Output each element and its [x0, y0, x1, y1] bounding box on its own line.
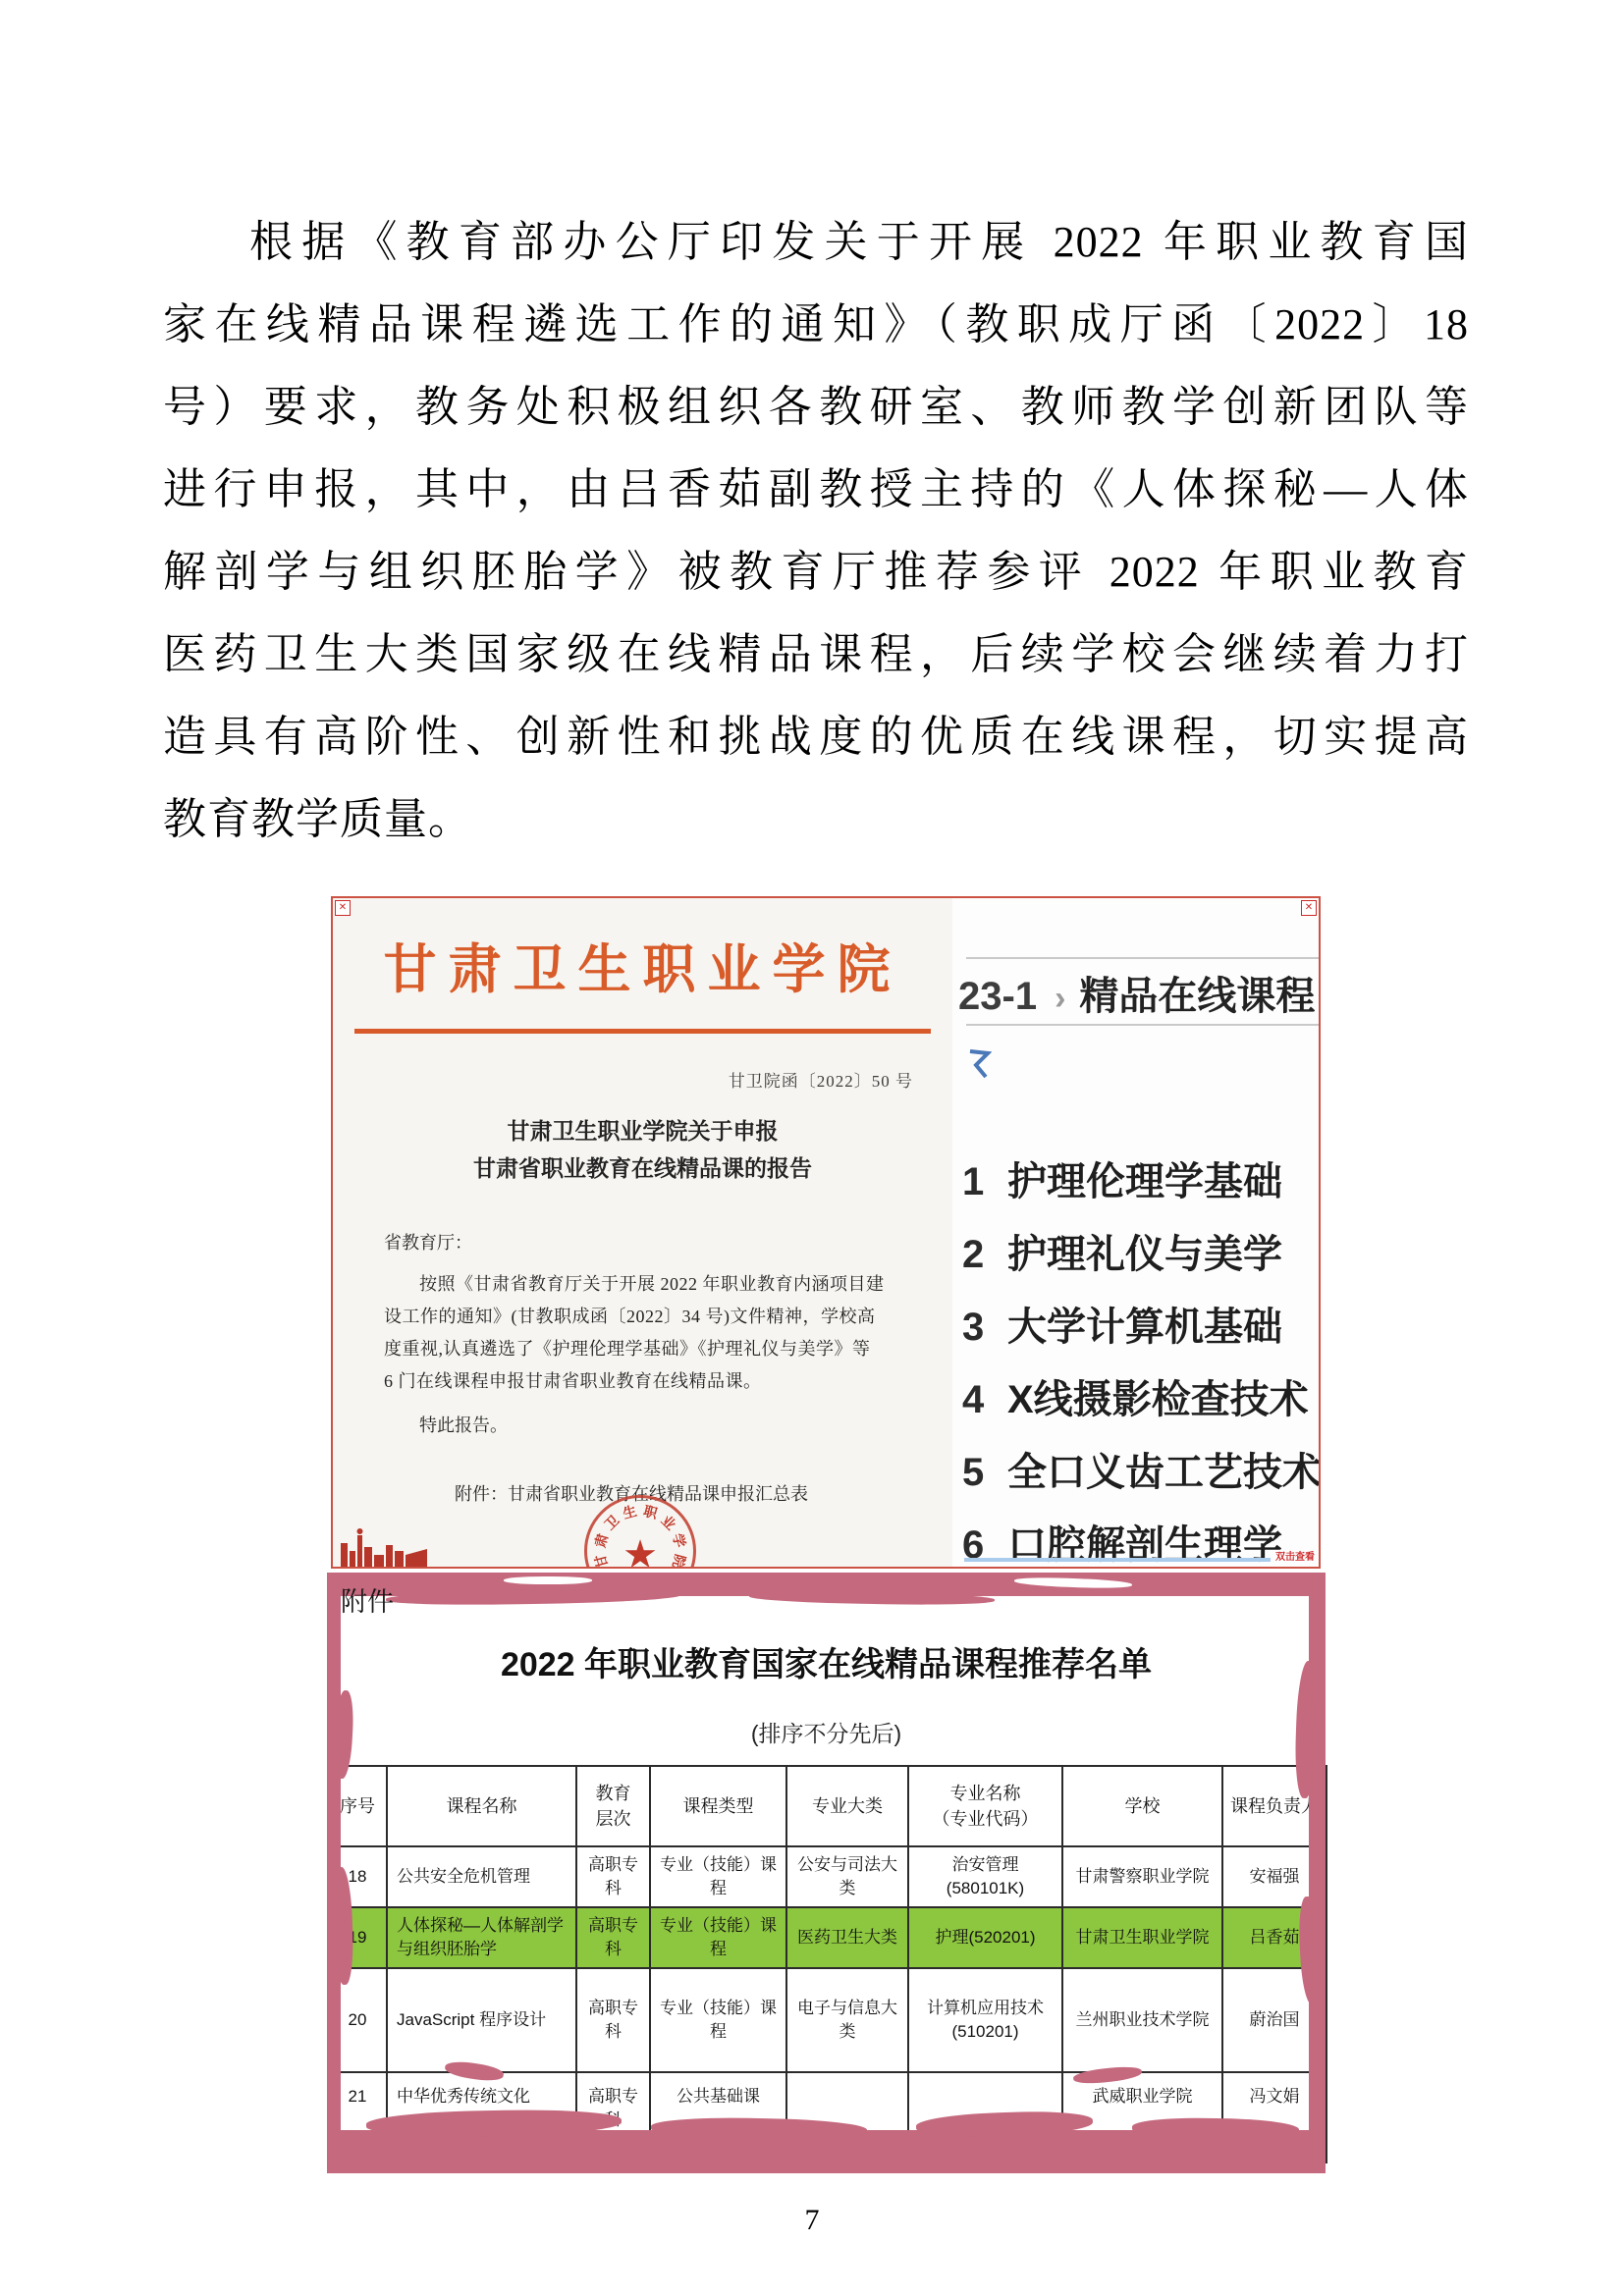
seal-char: 职	[641, 1501, 660, 1523]
breadcrumb-title: 精品在线课程	[1079, 975, 1315, 1018]
seal-char: 甘	[590, 1552, 613, 1567]
paragraph-line: 医药卫生大类国家级在线精品课程，后续学校会继续着力打	[163, 614, 1469, 696]
cell-major: 护理(520201)	[908, 1907, 1062, 1968]
paragraph-line: 造具有高阶性、创新性和挑战度的优质在线课程，切实提高	[163, 696, 1469, 778]
divider-line	[966, 1024, 1319, 1026]
course-name: 护理礼仪与美学	[1007, 1233, 1282, 1276]
course-number: 1	[962, 1146, 1007, 1218]
letter-body-line: 6 门在线课程申报甘肃省职业教育在线精品课。	[384, 1365, 939, 1398]
table-row: 18公共安全危机管理高职专科专业（技能）课程公安与司法大类治安管理(580101…	[328, 1846, 1326, 1907]
divider-line	[966, 957, 1319, 959]
watermark-text: 双击查看	[1275, 1548, 1315, 1563]
chevron-right-icon: ›	[1055, 980, 1065, 1017]
paragraph-line: 家在线精品课程遴选工作的通知》（教职成厅函〔2022〕18	[163, 284, 1469, 366]
cell-course: 公共安全危机管理	[387, 1846, 576, 1907]
cell-category: 公安与司法大类	[786, 1846, 908, 1907]
cell-school: 甘肃警察职业学院	[1062, 1846, 1222, 1907]
cell-category: 医药卫生大类	[786, 1907, 908, 1968]
cell-level: 高职专科	[576, 1907, 650, 1968]
closing-phrase: 特此报告。	[384, 1412, 952, 1437]
breadcrumb: 23-1›精品在线课程	[958, 965, 1319, 1021]
seal-star-icon: ★	[623, 1532, 658, 1567]
cell-level: 高职专科	[576, 1846, 650, 1907]
attachment-label: 附件	[341, 1580, 394, 1619]
seal-char: 学	[668, 1531, 690, 1550]
course-name: 护理伦理学基础	[1007, 1160, 1282, 1203]
header-level: 教育 层次	[576, 1766, 650, 1846]
course-list-item: 2护理礼仪与美学	[962, 1218, 1319, 1291]
course-platform-screenshot: 23-1›精品在线课程 1护理伦理学基础2护理礼仪与美学3大学计算机基础4X线摄…	[952, 898, 1319, 1567]
header-category: 专业大类	[786, 1766, 908, 1846]
table-row: 19人体探秘—人体解剖学与组织胚胎学高职专科专业（技能）课程医药卫生大类护理(5…	[328, 1907, 1326, 1968]
page-number: 7	[0, 2204, 1624, 2237]
city-skyline-graphic	[341, 1522, 435, 1567]
table-row: 20JavaScript 程序设计高职专科专业（技能）课程电子与信息大类计算机应…	[328, 1968, 1326, 2072]
main-paragraph: 根据《教育部办公厅印发关于开展 2022 年职业教育国 家在线精品课程遴选工作的…	[163, 201, 1469, 861]
paragraph-line: 号）要求，教务处积极组织各教研室、教师教学创新团队等	[163, 366, 1469, 449]
letter-body-line: 度重视,认真遴选了《护理伦理学基础》《护理礼仪与美学》等	[384, 1333, 939, 1365]
partial-blue-glyph	[966, 1047, 992, 1081]
course-number: 4	[962, 1363, 1007, 1436]
cell-type: 专业（技能）课程	[650, 1968, 786, 2072]
course-list-item: 5全口义齿工艺技术	[962, 1436, 1319, 1509]
embedded-document-image: 甘肃卫生职业学院 甘卫院函〔2022〕50 号 甘肃卫生职业学院关于申报 甘肃省…	[331, 896, 1321, 1569]
cell-level: 高职专科	[576, 1968, 650, 2072]
course-number: 5	[962, 1436, 1007, 1509]
course-list-item: 4X线摄影检查技术	[962, 1363, 1319, 1436]
recommendation-table: 序号 课程名称 教育 层次 课程类型 专业大类 专业名称 （专业代码） 学校 课…	[327, 1765, 1327, 2163]
cell-school: 甘肃卫生职业学院	[1062, 1907, 1222, 1968]
course-number: 3	[962, 1291, 1007, 1363]
paragraph-line: 教育教学质量。	[163, 778, 1469, 861]
course-list-item: 3大学计算机基础	[962, 1291, 1319, 1363]
breadcrumb-prefix: 23-1	[958, 975, 1037, 1018]
report-title: 甘肃卫生职业学院关于申报 甘肃省职业教育在线精品课的报告	[333, 1113, 952, 1188]
cell-category: 电子与信息大类	[786, 1968, 908, 2072]
seal-char: 业	[657, 1511, 680, 1534]
header-type: 课程类型	[650, 1766, 786, 1846]
letter-body: 按照《甘肃省教育厅关于开展 2022 年职业教育内涵项目建 设工作的通知》(甘教…	[384, 1268, 939, 1398]
course-name: 全口义齿工艺技术	[1007, 1451, 1319, 1494]
cell-school: 兰州职业技术学院	[1062, 1968, 1222, 2072]
paragraph-line: 解剖学与组织胚胎学》被教育厅推荐参评 2022 年职业教育	[163, 531, 1469, 614]
course-name: X线摄影检查技术	[1007, 1378, 1309, 1421]
header-school: 学校	[1062, 1766, 1222, 1846]
broken-image-icon	[1301, 900, 1317, 916]
seal-char: 卫	[600, 1511, 623, 1534]
table-header-row: 序号 课程名称 教育 层次 课程类型 专业大类 专业名称 （专业代码） 学校 课…	[328, 1766, 1326, 1846]
course-list: 1护理伦理学基础2护理礼仪与美学3大学计算机基础4X线摄影检查技术5全口义齿工艺…	[962, 1146, 1319, 1567]
report-title-line1: 甘肃卫生职业学院关于申报	[333, 1113, 952, 1150]
college-name-heading: 甘肃卫生职业学院	[333, 928, 952, 1003]
paragraph-line: 进行申报，其中，由吕香茹副教授主持的《人体探秘—人体	[163, 449, 1469, 531]
broken-image-icon	[335, 900, 351, 916]
official-letter: 甘肃卫生职业学院 甘卫院函〔2022〕50 号 甘肃卫生职业学院关于申报 甘肃省…	[333, 898, 952, 1567]
cell-course: JavaScript 程序设计	[387, 1968, 576, 2072]
report-title-line2: 甘肃省职业教育在线精品课的报告	[333, 1150, 952, 1188]
salutation: 省教育厅：	[384, 1229, 952, 1255]
attachment-title: 2022 年职业教育国家在线精品课程推荐名单	[327, 1637, 1326, 1685]
cell-type: 专业（技能）课程	[650, 1907, 786, 1968]
cell-major: 治安管理(580101K)	[908, 1846, 1062, 1907]
document-number: 甘卫院函〔2022〕50 号	[333, 1067, 913, 1092]
seal-char: 院	[668, 1552, 690, 1567]
cell-type: 专业（技能）课程	[650, 1846, 786, 1907]
cell-course: 人体探秘—人体解剖学与组织胚胎学	[387, 1907, 576, 1968]
letter-body-line: 按照《甘肃省教育厅关于开展 2022 年职业教育内涵项目建	[384, 1268, 939, 1301]
attachment-block: 附件 2022 年职业教育国家在线精品课程推荐名单 (排序不分先后) 序号 课程…	[327, 1573, 1326, 2173]
course-number: 2	[962, 1218, 1007, 1291]
course-list-item: 1护理伦理学基础	[962, 1146, 1319, 1218]
letterhead-rule	[354, 1029, 931, 1034]
seal-char: 肃	[590, 1531, 613, 1550]
course-name: 大学计算机基础	[1007, 1306, 1282, 1349]
blue-underline	[964, 1558, 1271, 1562]
letter-body-line: 设工作的通知》(甘教职成函〔2022〕34 号)文件精神，学校高	[384, 1301, 939, 1333]
paragraph-line: 根据《教育部办公厅印发关于开展 2022 年职业教育国	[163, 201, 1469, 284]
seal-char: 生	[621, 1501, 639, 1523]
attachment-subtitle: (排序不分先后)	[327, 1716, 1326, 1748]
header-major: 专业名称 （专业代码）	[908, 1766, 1062, 1846]
header-course: 课程名称	[387, 1766, 576, 1846]
cell-major: 计算机应用技术 (510201)	[908, 1968, 1062, 2072]
